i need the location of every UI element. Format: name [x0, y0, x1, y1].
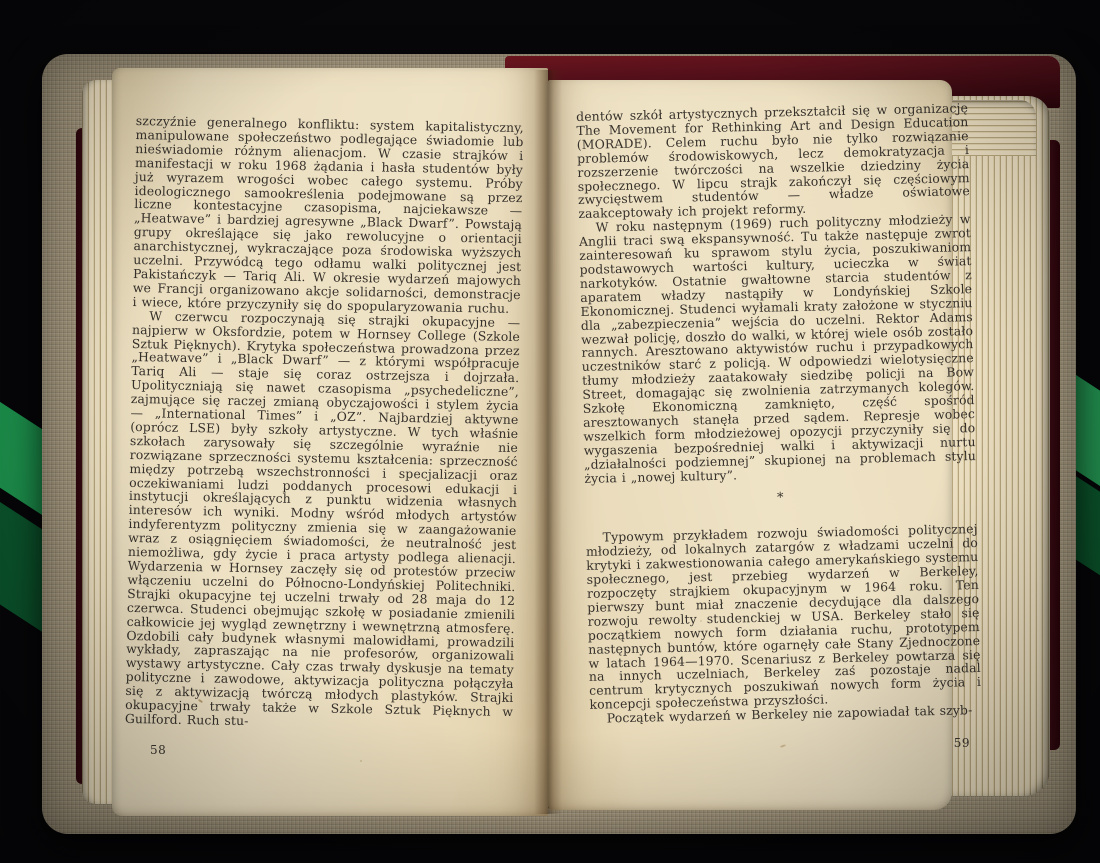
book-photo-scene: szczyźnie generalnego konfliktu: system …	[0, 0, 1100, 863]
section-separator: *	[585, 487, 977, 510]
left-page-text: szczyźnie generalnego konfliktu: system …	[125, 114, 524, 733]
right-page-paragraph-2: W roku następnym (1969) ruch polityczny …	[579, 212, 977, 485]
left-page-paragraph-1: szczyźnie generalnego konfliktu: system …	[132, 114, 524, 316]
book-gutter	[534, 70, 562, 814]
left-page-paragraph-2: W czerwcu rozpoczynają się strajki okupa…	[125, 309, 521, 733]
paper-speck	[360, 760, 362, 762]
right-page-paragraph-1: dentów szkół artystycznych przekształcił…	[576, 101, 970, 221]
page-number-left: 58	[150, 743, 166, 757]
right-page-text: dentów szkół artystycznych przekształcił…	[576, 101, 982, 726]
right-page-paragraph-3: Typowym przykładem rozwoju świadomości p…	[586, 522, 982, 712]
page-number-right: 59	[900, 736, 970, 750]
